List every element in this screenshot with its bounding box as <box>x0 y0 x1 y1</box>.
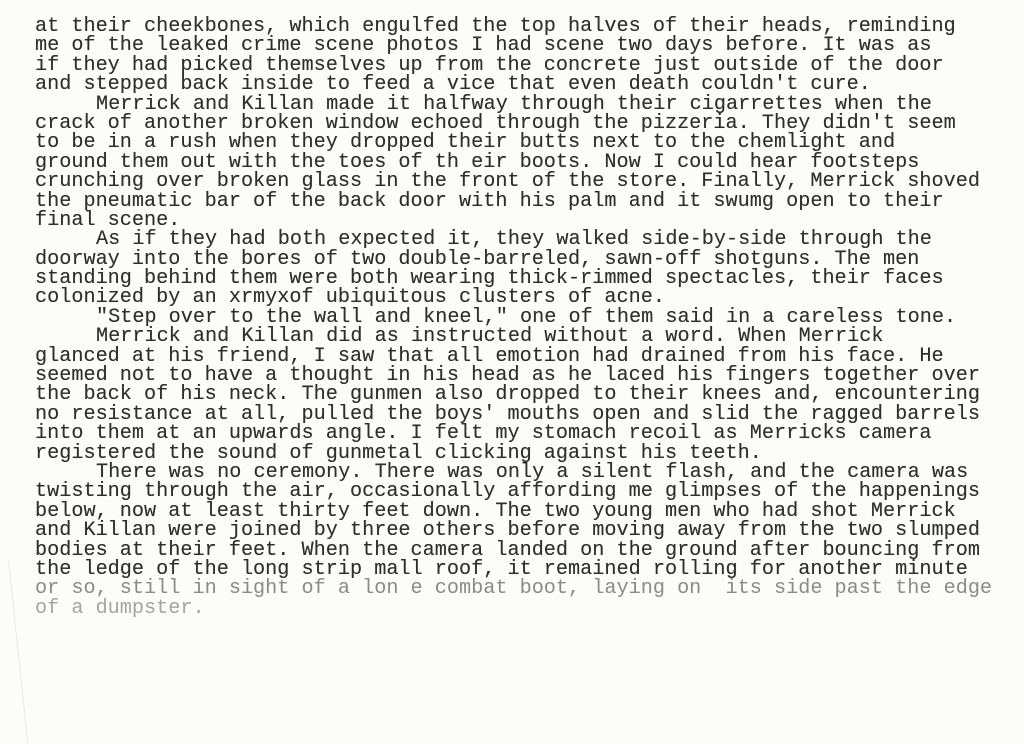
text-line: Merrick and Killan did as instructed wit… <box>35 327 992 346</box>
text-line: or so, still in sight of a lon e combat … <box>35 579 992 598</box>
paragraph: Merrick and Killan did as instructed wit… <box>35 327 992 463</box>
text-line: the back of his neck. The gunmen also dr… <box>35 385 992 404</box>
text-line: and stepped back inside to feed a vice t… <box>35 75 992 94</box>
text-line: colonized by an xrmyxof ubiquitous clust… <box>35 288 992 307</box>
text-line: to be in a rush when they dropped their … <box>35 133 992 152</box>
typewritten-page: at their cheekbones, which engulfed the … <box>0 0 1024 744</box>
text-line: of a dumpster. <box>35 599 992 618</box>
text-line: crunching over broken glass in the front… <box>35 172 992 191</box>
paragraph: at their cheekbones, which engulfed the … <box>35 17 992 95</box>
text-line: into them at an upwards angle. I felt my… <box>35 424 992 443</box>
paragraph: There was no ceremony. There was only a … <box>35 463 992 618</box>
text-line: twisting through the air, occasionally a… <box>35 482 992 501</box>
paragraph: As if they had both expected it, they wa… <box>35 230 992 308</box>
text-line: me of the leaked crime scene photos I ha… <box>35 36 992 55</box>
text-line: and Killan were joined by three others b… <box>35 521 992 540</box>
paragraph: Merrick and Killan made it halfway throu… <box>35 95 992 231</box>
text-line: the pneumatic bar of the back door with … <box>35 192 992 211</box>
manuscript-text: at their cheekbones, which engulfed the … <box>35 17 992 618</box>
paper-edge-shadow <box>8 560 28 743</box>
text-line: As if they had both expected it, they wa… <box>35 230 992 249</box>
